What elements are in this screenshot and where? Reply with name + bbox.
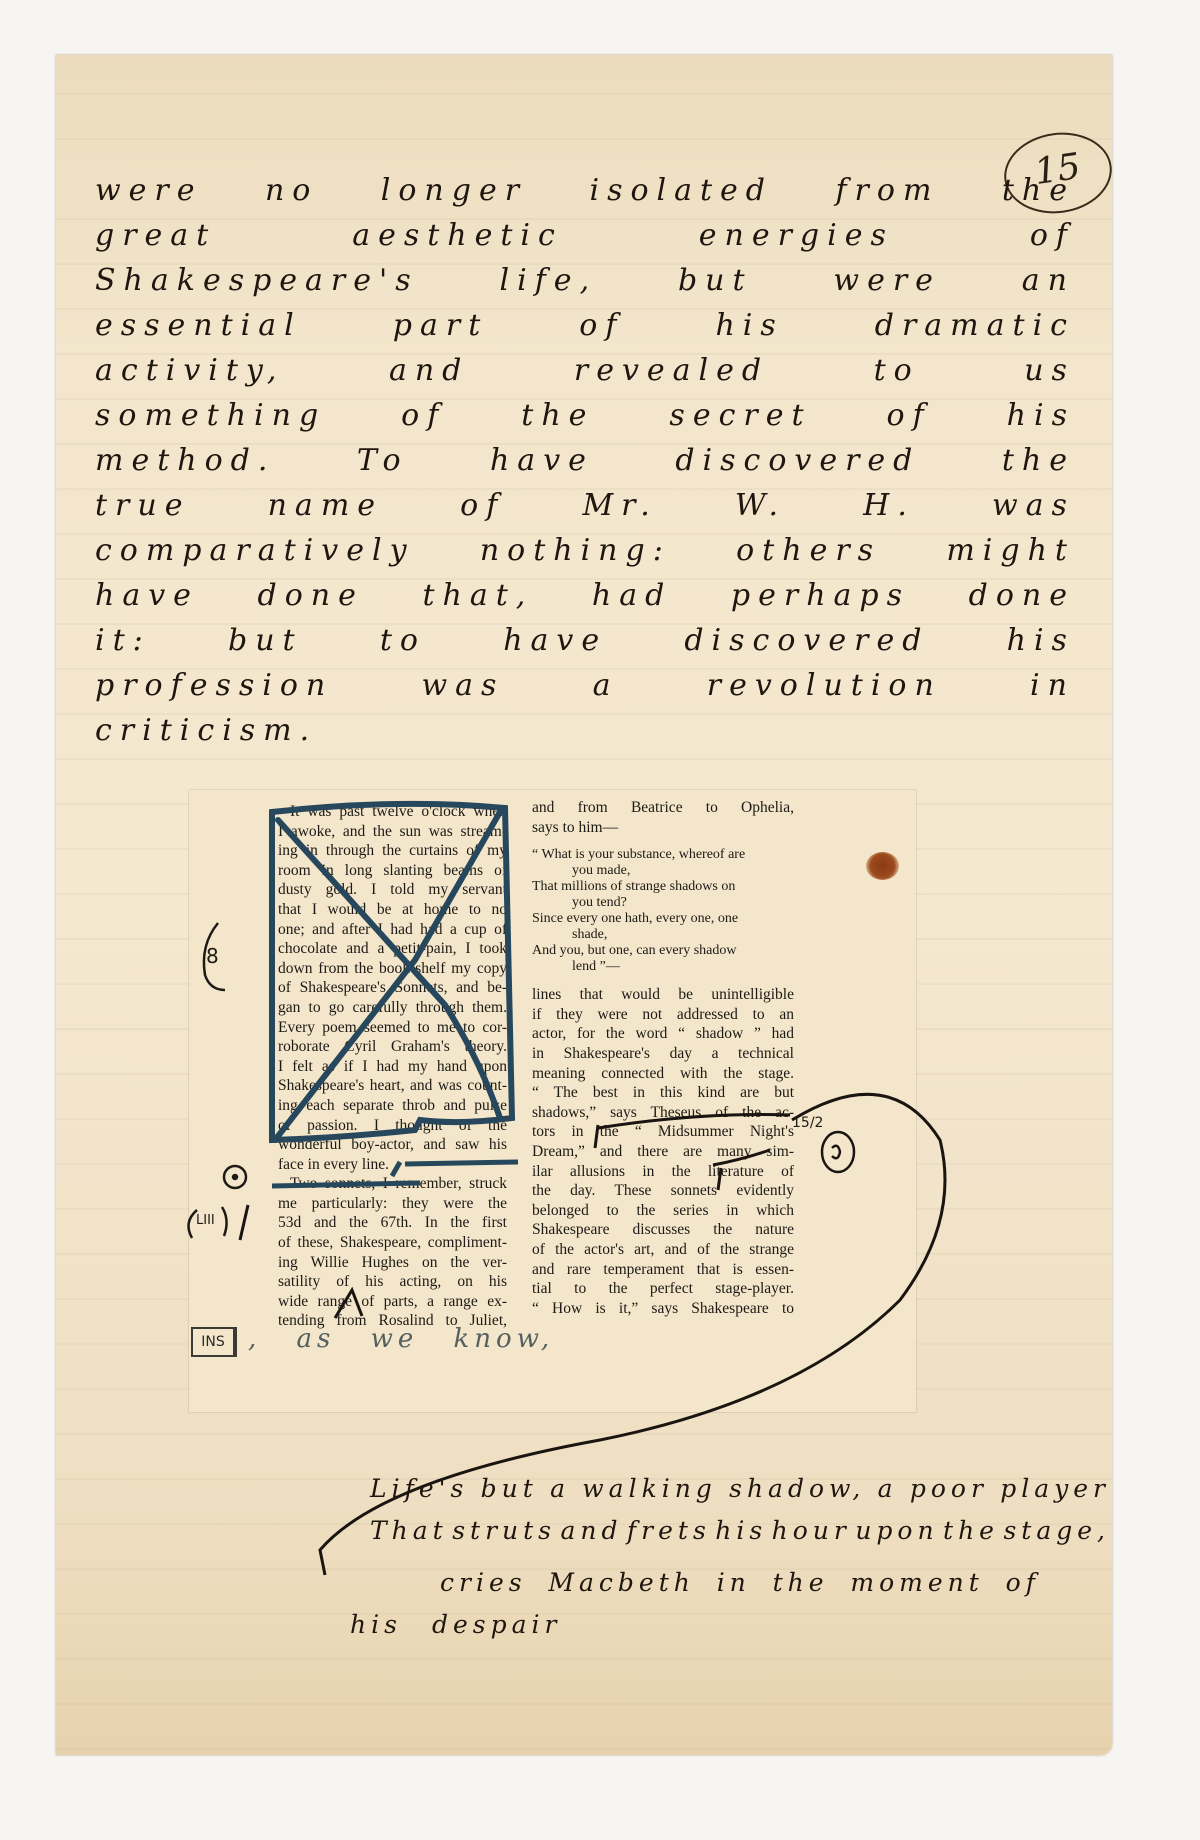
handwritten-word: and — [389, 348, 469, 393]
handwritten-word: but — [678, 258, 753, 303]
handwritten-word: us — [1024, 348, 1075, 393]
clipping-line: lines that would be unintelligible — [532, 985, 794, 1005]
handwritten-word: done — [258, 573, 364, 618]
handwritten-word: upon — [855, 1510, 938, 1552]
clipping-line: Every poem seemed to me to cor- — [278, 1018, 507, 1038]
handwritten-word: energies — [699, 213, 894, 258]
clipping-line: shadows,” says Theseus of the ac- — [532, 1103, 794, 1123]
clipping-line: satility of his acting, on his — [278, 1272, 507, 1292]
verse-line: Since every one hath, every one, one — [532, 911, 794, 927]
handwritten-word: true — [95, 483, 190, 528]
handwritten-word: essential — [95, 303, 302, 348]
handwritten-word: discovered — [675, 438, 920, 483]
handwritten-word: a — [550, 1468, 570, 1510]
handwritten-word: his — [715, 1510, 767, 1552]
handwritten-word: was — [992, 483, 1075, 528]
handwritten-word: it: — [95, 618, 151, 663]
handwritten-line: havedonethat,hadperhapsdone — [95, 573, 1085, 618]
handwritten-word: H. — [863, 483, 915, 528]
clipping-line: tial to the perfect stage-player. — [532, 1279, 794, 1299]
handwritten-word: done — [969, 573, 1075, 618]
handwritten-word: the — [521, 393, 594, 438]
sonnet-quotation: “ What is your substance, whereof areyou… — [532, 847, 794, 975]
clipping-line: gan to go carefully through them. — [278, 998, 507, 1018]
clipping-line: wide range of parts, a range ex- — [278, 1292, 507, 1312]
handwritten-line: essentialpartofhisdramatic — [95, 303, 1085, 348]
handwritten-word: cries — [440, 1562, 527, 1604]
clipping-line: ilar allusions in the literature of — [532, 1162, 794, 1182]
clipping-line: wonderful boy-actor, and saw his — [278, 1135, 507, 1155]
clipping-line: ing each separate throb and pulse — [278, 1096, 507, 1116]
clipping-line: Dream,” and there are many sim- — [532, 1142, 794, 1162]
handwritten-word: perhaps — [731, 573, 910, 618]
handwritten-word: a — [878, 1468, 898, 1510]
handwritten-word: of — [1030, 213, 1075, 258]
handwritten-word: have — [95, 573, 199, 618]
right-column-intro: and from Beatrice to Ophelia,says to him… — [532, 798, 794, 837]
handwritten-word: in — [717, 1562, 751, 1604]
handwritten-word: hour — [772, 1510, 851, 1552]
clipping-line: of Shakespeare's Sonnets, and be- — [278, 978, 507, 998]
clipping-line: the day. These sonnets evidently — [532, 1181, 794, 1201]
clipping-line: if they were not addressed to an — [532, 1005, 794, 1025]
clipping-left-column: It was past twelve o'clock whenI awoke, … — [278, 802, 507, 1331]
verse-line: And you, but one, can every shadow — [532, 943, 794, 959]
handwritten-word: Shakespeare's — [95, 258, 419, 303]
handwritten-line: greataestheticenergiesof — [95, 213, 1085, 258]
handwritten-word: his — [1007, 618, 1075, 663]
clipping-line: Two sonnets, I remember, struck — [278, 1174, 507, 1194]
handwritten-line: werenolongerisolatedfromthe — [95, 168, 1085, 213]
clipping-line: of these, Shakespeare, compliment- — [278, 1233, 507, 1253]
handwritten-body: werenolongerisolatedfromthegreataestheti… — [95, 168, 1085, 753]
handwritten-line: comparativelynothing:othersmight — [95, 528, 1085, 573]
clipping-line: 53d and the 67th. In the first — [278, 1213, 507, 1233]
handwritten-word: to — [380, 618, 426, 663]
handwritten-word: criticism. — [95, 708, 317, 753]
handwritten-word: of — [460, 483, 505, 528]
quote-line: criesMacbethinthemomentof — [370, 1562, 1040, 1604]
handwritten-word: a — [593, 663, 619, 708]
right-margin-note: 15/2 — [792, 1115, 823, 1131]
handwritten-word: isolated — [589, 168, 773, 213]
handwritten-word: aesthetic — [352, 213, 563, 258]
handwritten-word: the — [773, 1562, 829, 1604]
clipping-line: me particularly: they were the — [278, 1194, 507, 1214]
handwritten-line: criticism. — [95, 708, 1085, 753]
clipping-line: Shakespeare's heart, and was count- — [278, 1076, 507, 1096]
clipping-line: It was past twelve o'clock when — [278, 802, 507, 822]
insert-marker-box: INS — [191, 1327, 237, 1357]
handwritten-word: dramatic — [875, 303, 1075, 348]
quote-line: hisdespair — [350, 1604, 550, 1646]
handwritten-word: something — [95, 393, 326, 438]
handwritten-word: method. — [95, 438, 275, 483]
clipping-line: in Shakespeare's day a technical — [532, 1044, 794, 1064]
handwritten-word: discovered — [684, 618, 929, 663]
handwritten-word: nothing: — [480, 528, 671, 573]
handwritten-word: the — [1002, 168, 1075, 213]
clipping-line: chocolate and a petit-pain, I took — [278, 939, 507, 959]
handwritten-line: truenameofMr.W.H.was — [95, 483, 1085, 528]
clipping-line: I felt as if I had my hand upon — [278, 1057, 507, 1077]
handwritten-word: others — [736, 528, 881, 573]
clipping-line: and rare temperament that is essen- — [532, 1260, 794, 1280]
handwritten-word: great — [95, 213, 216, 258]
handwritten-word: moment — [850, 1562, 983, 1604]
handwritten-line: professionwasarevolutionin — [95, 663, 1085, 708]
verse-line: you tend? — [532, 895, 794, 911]
verse-line: “ What is your substance, whereof are — [532, 847, 794, 863]
clipping-line: one; and after I had had a cup of — [278, 920, 507, 940]
clipping-right-column: and from Beatrice to Ophelia,says to him… — [532, 798, 794, 1318]
handwritten-word: secret — [669, 393, 811, 438]
handwritten-word: name — [268, 483, 383, 528]
handwritten-word: player — [1000, 1468, 1110, 1510]
handwritten-word: was — [421, 663, 504, 708]
handwritten-word: of — [579, 303, 624, 348]
handwritten-word: an — [1022, 258, 1075, 303]
handwritten-word: and — [560, 1510, 622, 1552]
handwritten-word: no — [265, 168, 318, 213]
clipping-line: face in every line. — [278, 1155, 507, 1175]
handwritten-word: but — [228, 618, 303, 663]
clipping-line: “ How is it,” says Shakespeare to — [532, 1299, 794, 1319]
handwritten-word: stage, — [1003, 1510, 1110, 1552]
clipping-line: that I would be at home to no — [278, 900, 507, 920]
handwritten-word: of — [1006, 1562, 1040, 1604]
handwritten-word: have — [490, 438, 594, 483]
handwritten-word: walking — [582, 1468, 717, 1510]
clipping-line: roborate Cyril Graham's theory. — [278, 1037, 507, 1057]
clipping-line: actor, for the word “ shadow ” had — [532, 1024, 794, 1044]
handwritten-word: have — [503, 618, 607, 663]
handwritten-word: were — [833, 258, 941, 303]
handwritten-word: revolution — [707, 663, 942, 708]
handwritten-word: that, — [422, 573, 533, 618]
handwritten-word: the — [1002, 438, 1075, 483]
handwritten-word: Life's — [370, 1468, 468, 1510]
handwritten-word: longer — [381, 168, 527, 213]
handwritten-word: the — [943, 1510, 999, 1552]
handwritten-word: his — [350, 1604, 402, 1646]
handwritten-word: in — [1030, 663, 1075, 708]
handwritten-word: poor — [910, 1468, 988, 1510]
clipping-line: dusty gold. I told my servant — [278, 880, 507, 900]
handwritten-word: his — [715, 303, 783, 348]
clipping-line: of passion. I thought of the — [278, 1116, 507, 1136]
clipping-line: room in long slanting beams of — [278, 861, 507, 881]
clipping-line: tors in the “ Midsummer Night's — [532, 1122, 794, 1142]
handwritten-line: it:buttohavediscoveredhis — [95, 618, 1085, 663]
clipping-line: says to him— — [532, 818, 794, 838]
clipping-line: down from the book-shelf my copy — [278, 959, 507, 979]
handwritten-word: shadow, — [729, 1468, 865, 1510]
handwritten-word: profession — [95, 663, 333, 708]
clipping-line: Shakespeare discusses the nature — [532, 1220, 794, 1240]
clipping-line: meaning connected with the stage. — [532, 1064, 794, 1084]
margin-note-roman-numeral: LIII — [196, 1213, 215, 1228]
handwritten-word: despair — [432, 1604, 561, 1646]
clipping-line: of the actor's art, and of the strange — [532, 1240, 794, 1260]
handwritten-line: somethingofthesecretofhis — [95, 393, 1085, 438]
handwritten-word: from — [835, 168, 939, 213]
quote-line: Thatstrutsandfretshishouruponthestage, — [370, 1510, 1110, 1552]
printed-clipping: It was past twelve o'clock whenI awoke, … — [189, 790, 916, 1412]
handwritten-word: To — [357, 438, 409, 483]
clipping-line: ing in through the curtains of my — [278, 841, 507, 861]
insert-text: , as we know, — [248, 1324, 554, 1354]
handwritten-word: of — [887, 393, 932, 438]
handwritten-word: of — [401, 393, 446, 438]
verse-line: That millions of strange shadows on — [532, 879, 794, 895]
handwritten-line: Shakespeare'slife,butwerean — [95, 258, 1085, 303]
handwritten-word: Mr. — [582, 483, 657, 528]
handwritten-word: comparatively — [95, 528, 415, 573]
clipping-line: “ The best in this kind are but — [532, 1083, 794, 1103]
handwritten-word: That — [370, 1510, 448, 1552]
handwritten-word: activity, — [95, 348, 284, 393]
handwritten-word: part — [393, 303, 489, 348]
handwritten-word: to — [874, 348, 920, 393]
handwritten-line: activity,andrevealedtous — [95, 348, 1085, 393]
margin-note-8: 8 — [206, 944, 219, 968]
clipping-line: and from Beatrice to Ophelia, — [532, 798, 794, 818]
clipping-line: ing Willie Hughes on the ver- — [278, 1253, 507, 1273]
handwritten-word: his — [1007, 393, 1075, 438]
clipping-line: I awoke, and the sun was stream- — [278, 822, 507, 842]
handwritten-macbeth-quote: Life'sbutawalkingshadow,apoorplayerThats… — [370, 1468, 1110, 1646]
handwritten-word: W. — [735, 483, 786, 528]
handwritten-word: Macbeth — [548, 1562, 694, 1604]
ink-stain — [866, 852, 899, 880]
handwritten-word: revealed — [574, 348, 769, 393]
handwritten-word: frets — [627, 1510, 711, 1552]
handwritten-word: life, — [500, 258, 598, 303]
right-column-body: lines that would be unintelligibleif the… — [532, 985, 794, 1318]
handwritten-word: but — [481, 1468, 538, 1510]
clipping-line: belonged to the series in which — [532, 1201, 794, 1221]
handwritten-word: might — [946, 528, 1075, 573]
verse-line: you made, — [532, 863, 794, 879]
handwritten-word: were — [95, 168, 203, 213]
verse-line: lend ”— — [532, 959, 794, 975]
handwritten-word: had — [592, 573, 672, 618]
handwritten-word: struts — [452, 1510, 556, 1552]
verse-line: shade, — [532, 927, 794, 943]
handwritten-line: method.Tohavediscoveredthe — [95, 438, 1085, 483]
quote-line: Life'sbutawalkingshadow,apoorplayer — [370, 1468, 1110, 1510]
